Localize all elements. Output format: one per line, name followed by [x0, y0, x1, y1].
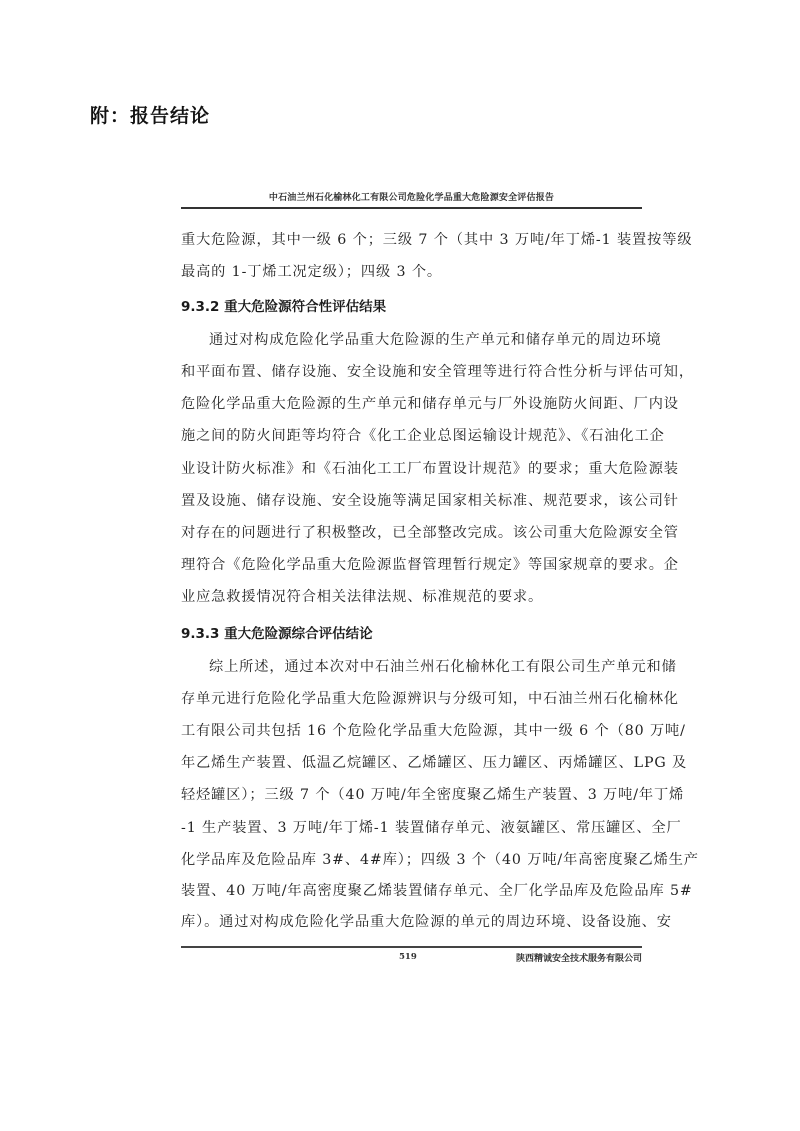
body-line: 存单元进行危险化学品重大危险源辨识与分级可知，中石油兰州石化榆林化	[181, 689, 642, 709]
body-line: 通过对构成危险化学品重大危险源的生产单元和储存单元的周边环境	[181, 330, 642, 350]
page-number: 519	[399, 952, 417, 962]
body-line: 综上所述，通过本次对中石油兰州石化榆林化工有限公司生产单元和储	[181, 657, 642, 677]
running-header: 中石油兰州石化榆林化工有限公司危险化学品重大危险源安全评估报告	[181, 190, 642, 203]
body-line: 危险化学品重大危险源的生产单元和储存单元与厂外设施防火间距、厂内设	[181, 394, 642, 414]
body-line: 重大危险源，其中一级 6 个；三级 7 个（其中 3 万吨/年丁烯-1 装置按等…	[181, 230, 642, 250]
body-line: 工有限公司共包括 16 个危险化学品重大危险源，其中一级 6 个（80 万吨/	[181, 721, 642, 741]
section-heading-9-3-2: 9.3.2 重大危险源符合性评估结果	[181, 297, 386, 317]
report-page: 中石油兰州石化榆林化工有限公司危险化学品重大危险源安全评估报告 重大危险源，其中…	[181, 180, 642, 980]
footer-company: 陕西精诚安全技术服务有限公司	[516, 951, 642, 964]
body-line: 理符合《危险化学品重大危险源监督管理暂行规定》等国家规章的要求。企	[181, 555, 642, 575]
body-line: 施之间的防火间距等均符合《化工企业总图运输设计规范》、《石油化工企	[181, 426, 642, 446]
body-line: 库）。通过对构成危险化学品重大危险源的单元的周边环境、设备设施、安	[181, 912, 642, 932]
body-line: 置及设施、储存设施、安全设施等满足国家相关标准、规范要求，该公司针	[181, 491, 642, 511]
body-line: 轻烃罐区）；三级 7 个（40 万吨/年全密度聚乙烯生产装置、3 万吨/年丁烯	[181, 785, 642, 805]
body-line: 业设计防火标准》和《石油化工工厂布置设计规范》的要求；重大危险源装	[181, 459, 642, 479]
body-line: 和平面布置、储存设施、安全设施和安全管理等进行符合性分析与评估可知，	[181, 362, 642, 382]
body-line: 业应急救援情况符合相关法律法规、标准规范的要求。	[181, 587, 642, 607]
section-heading-9-3-3: 9.3.3 重大危险源综合评估结论	[181, 624, 373, 644]
body-line: 对存在的问题进行了积极整改，已全部整改完成。该公司重大危险源安全管	[181, 523, 642, 543]
body-line: 年乙烯生产装置、低温乙烷罐区、乙烯罐区、压力罐区、丙烯罐区、LPG 及	[181, 753, 642, 773]
body-line: 最高的 1-丁烯工况定级）；四级 3 个。	[181, 262, 642, 282]
body-line: 装置、40 万吨/年高密度聚乙烯装置储存单元、全厂化学品库及危险品库 5#	[181, 881, 642, 901]
header-rule	[181, 207, 642, 209]
body-line: 化学品库及危险品库 3#、4#库）；四级 3 个（40 万吨/年高密度聚乙烯生产	[181, 850, 642, 870]
footer-rule	[181, 946, 642, 948]
appendix-title: 附：报告结论	[90, 101, 210, 128]
body-line: -1 生产装置、3 万吨/年丁烯-1 装置储存单元、液氨罐区、常压罐区、全厂	[181, 818, 642, 838]
